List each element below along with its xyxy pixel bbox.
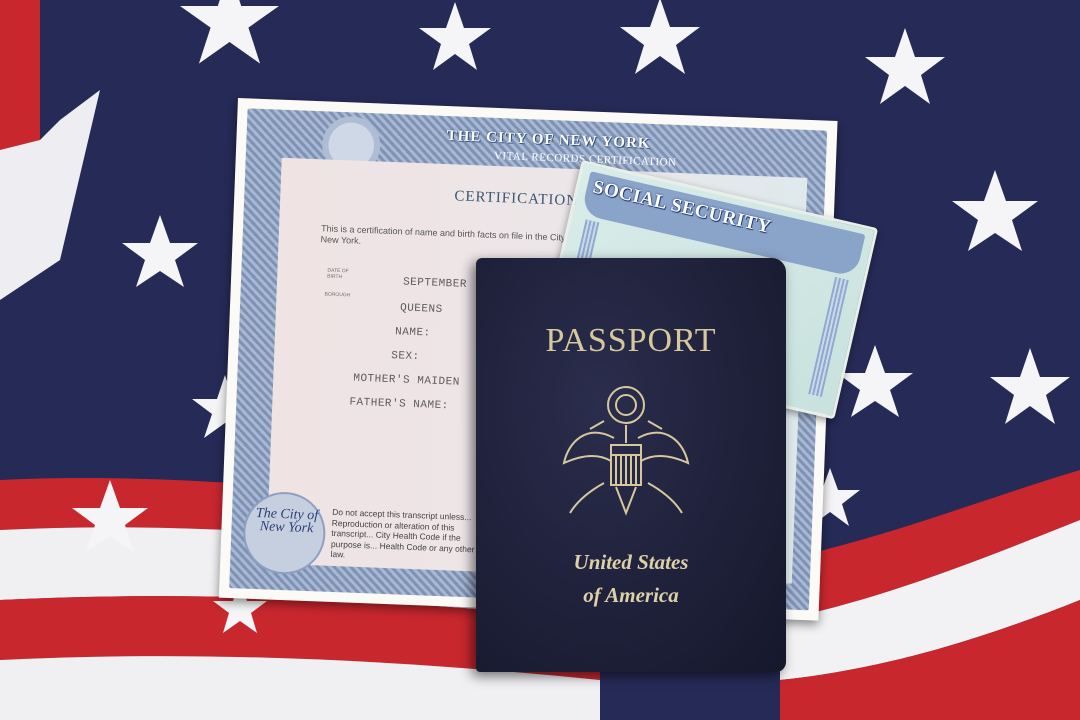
certificate-footer: Do not accept this transcript unless... …: [330, 507, 492, 566]
passport-title: PASSPORT: [476, 322, 786, 360]
label-borough: BOROUGH: [324, 291, 350, 298]
column-icon: [808, 277, 849, 397]
passport: PASSPORT United States of America: [476, 258, 786, 672]
field-name: NAME:: [395, 326, 431, 339]
eagle-seal-icon: [556, 383, 696, 533]
field-borough: QUEENS: [400, 302, 443, 316]
field-date-of-birth: SEPTEMBER: [403, 276, 467, 290]
passport-country-line2: of America: [476, 583, 786, 608]
passport-country-line1: United States: [476, 550, 786, 575]
photo-scene: THE CITY OF NEW YORK VITAL RECORDS CERTI…: [0, 0, 1080, 720]
field-sex: SEX:: [391, 350, 420, 363]
label-date-of-birth: DATE OF BIRTH: [327, 268, 351, 281]
